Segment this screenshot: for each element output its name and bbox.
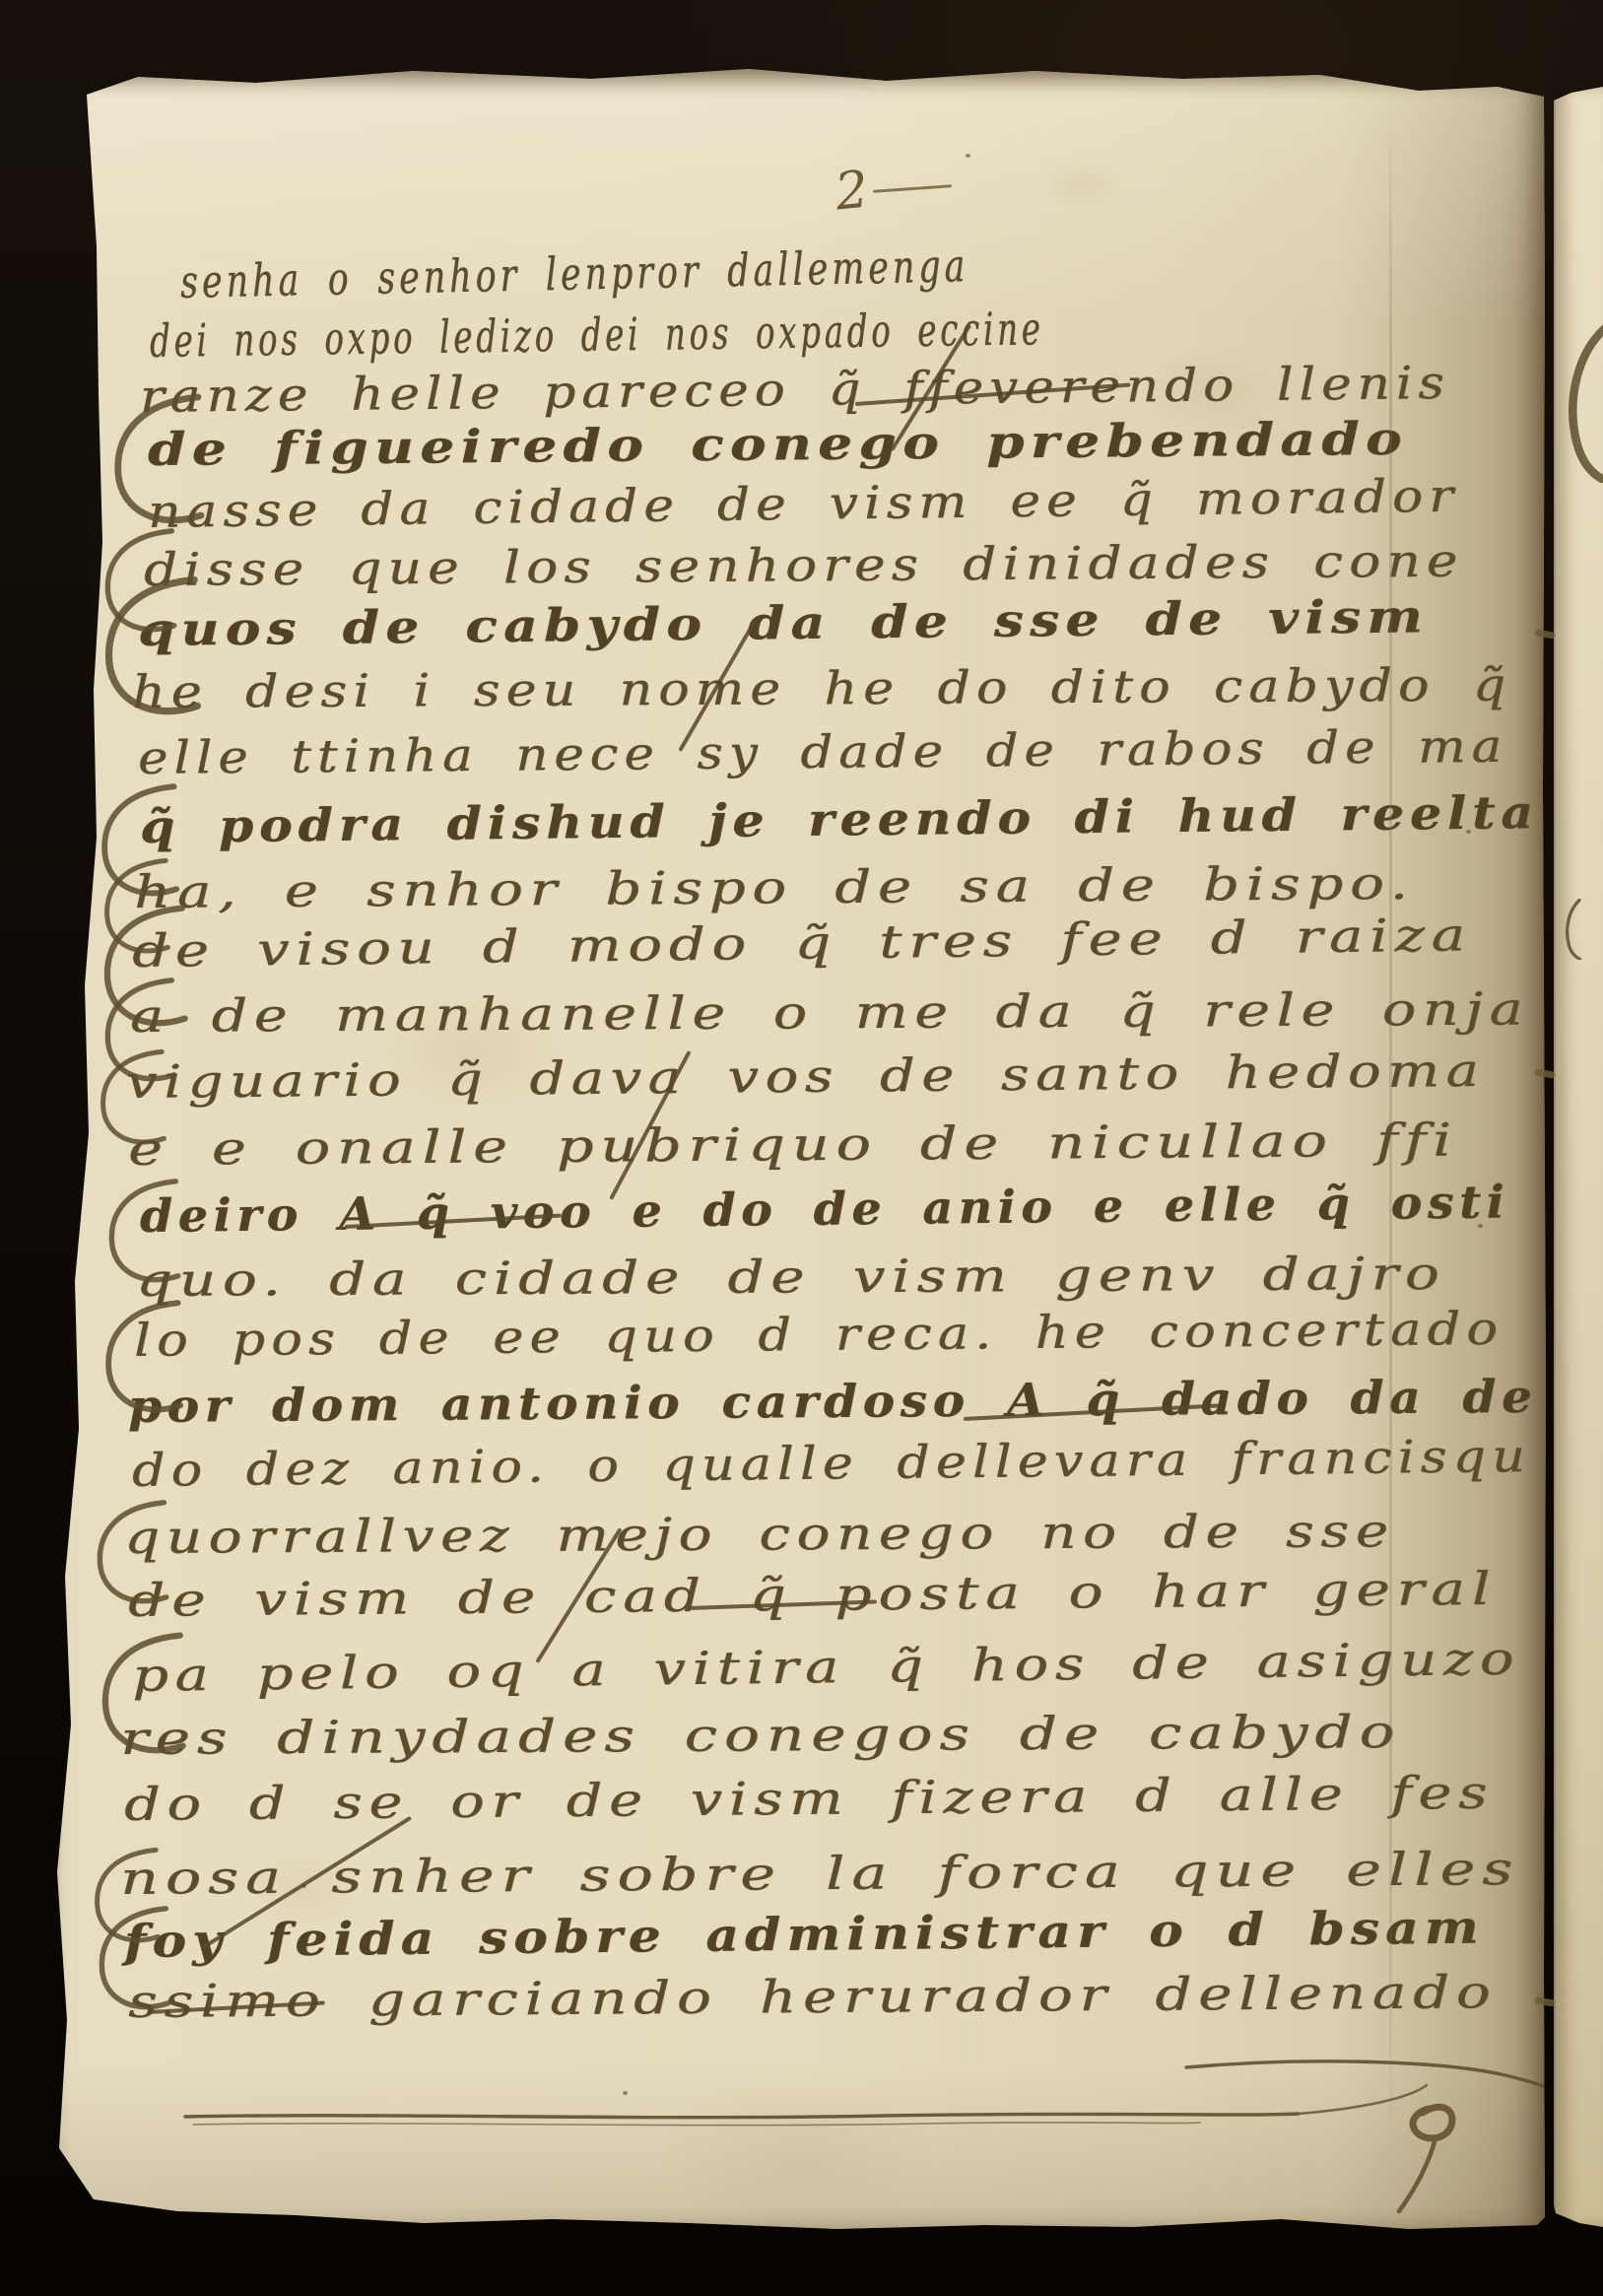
ink-speck: [966, 154, 970, 158]
manuscript-text-line: quos de cabydo da de sse de vism: [138, 586, 1430, 659]
end-of-text-flourish: [1180, 2050, 1594, 2119]
initial-swash-flourish: [106, 388, 210, 542]
initial-swash-flourish: [97, 571, 207, 734]
manuscript-text-line: nosa snher sobre la forca que elles: [120, 1839, 1520, 1908]
manuscript-text-line: de vism de cad q̃ posta o har geral: [128, 1559, 1498, 1630]
adjacent-page-ink-mark: [1564, 899, 1603, 1070]
manuscript-text-line: do d se or de vism fizera d alle fes: [124, 1763, 1495, 1834]
manuscript-text-line: a de manhanelle o me da q̃ rele onja: [130, 979, 1530, 1046]
adjacent-page-ink-mark: [1564, 325, 1603, 497]
scanned-manuscript-photo: 2 senha o senhor lenpror dallemengadei n…: [0, 0, 1603, 2296]
initial-swash-flourish: [99, 1295, 188, 1428]
ink-speck: [301, 1884, 306, 1888]
initial-swash-flourish: [102, 1175, 185, 1298]
manuscript-text-line: q̃ podra dishud je reendo di hud reelta: [140, 782, 1540, 856]
ink-speck: [1315, 507, 1320, 511]
manuscript-page: 2 senha o senhor lenpror dallemengadei n…: [47, 67, 1547, 2235]
manuscript-text-line: elle ttinha nece sy dade de rabos de ma: [138, 716, 1508, 787]
manuscript-text-line: deiro A q̃ voo e do de anio e elle q̃ os…: [140, 1172, 1510, 1246]
adjacent-page-edge: [1554, 87, 1603, 2227]
manuscript-text-line: viguario q̃ dava vos de santo hedoma: [126, 1041, 1486, 1112]
notarial-q-mark: [1389, 2093, 1478, 2221]
manuscript-text-line: res dinydades conegos de cabydo: [120, 1702, 1402, 1768]
manuscript-text-line: foy feida sobre administrar o d bsam: [124, 1898, 1485, 1971]
ink-speck: [623, 2091, 628, 2095]
ink-speck: [1466, 830, 1471, 834]
manuscript-text-line: pa pelo oq a vitira q̃ hos de asiguzo: [132, 1629, 1521, 1705]
manuscript-text-line: quorrallvez mejo conego no de sse: [124, 1501, 1395, 1567]
initial-swash-flourish: [95, 1627, 191, 1771]
initial-swash-flourish: [95, 1046, 170, 1158]
manuscript-text-line: he desi i seu nome he do dito cabydo q̃: [132, 655, 1512, 721]
initial-swash-flourish: [93, 1902, 175, 2025]
manuscript-text-line: lo pos de ee quo d reca. he concertado: [134, 1299, 1504, 1370]
initial-swash-flourish: [91, 1496, 173, 1619]
folio-number: 2: [833, 160, 871, 222]
folio-number-flourish: [873, 184, 952, 193]
manuscript-text-line: e e onalle pubriquo de nicullao ffi: [128, 1111, 1458, 1179]
manuscript-text-line: senha o senhor lenpror dallemenga: [179, 236, 968, 311]
manuscript-text-line: quo. da cidade de vism genv dajro: [136, 1244, 1446, 1310]
manuscript-text-line: por dom antonio cardoso A q̃ dado da de: [128, 1367, 1538, 1436]
manuscript-text-line: ssimo garciando herurador dellenado: [128, 1962, 1498, 2031]
ink-speck: [1478, 1224, 1483, 1228]
manuscript-text-line: do dez anio. o qualle dellevara francisq…: [132, 1426, 1532, 1500]
